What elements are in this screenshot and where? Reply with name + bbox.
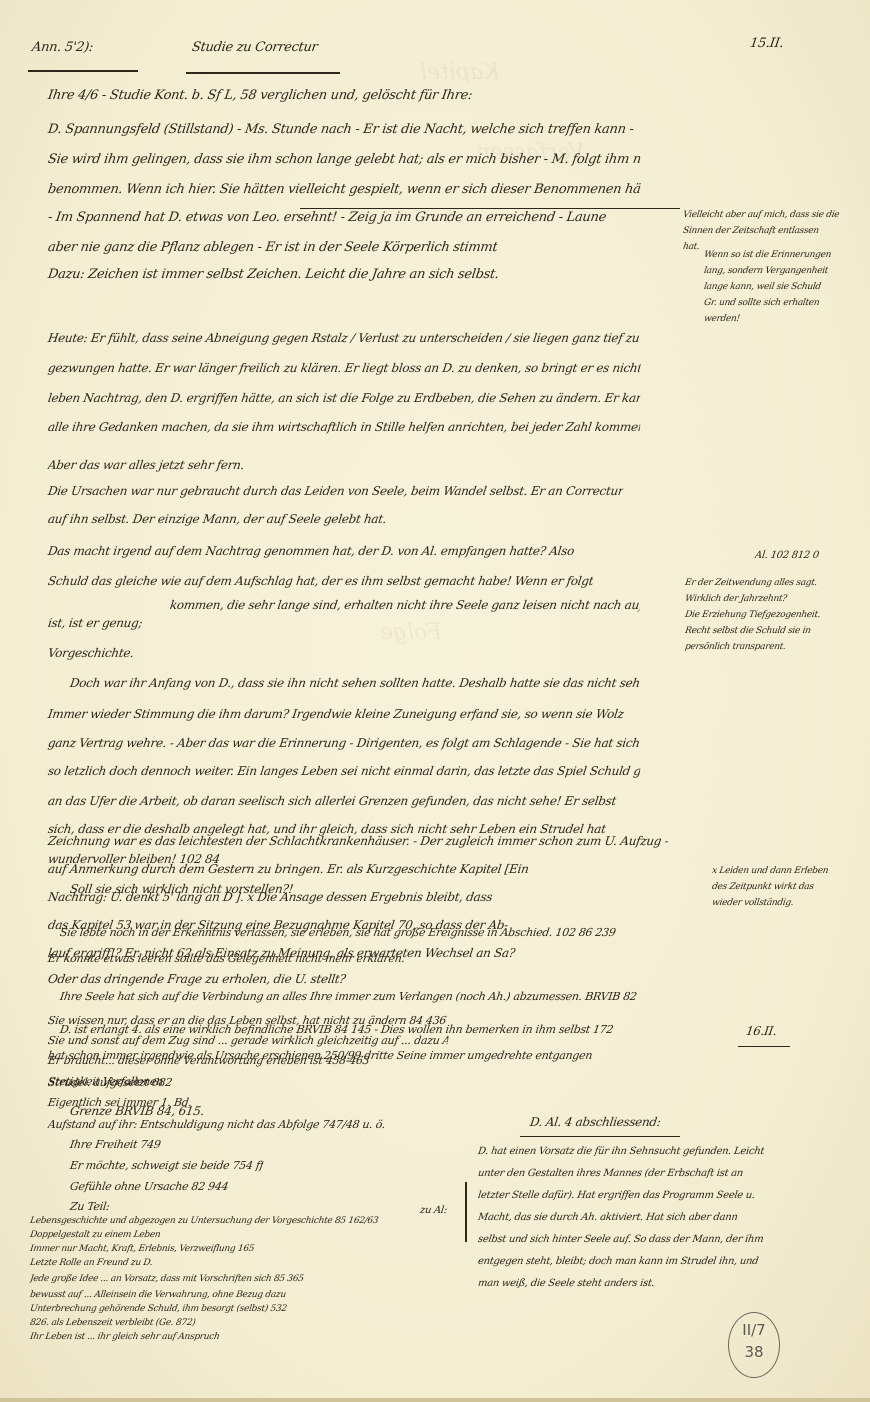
manuscript-line: auf Anmerkung durch dem Gestern zu bring… xyxy=(47,862,530,876)
margin-note-line: des Zeitpunkt wirkt das xyxy=(711,882,814,892)
notes-list-item: 826. als Lebenszeit verbleibt (Ge. 872) xyxy=(29,1318,196,1328)
manuscript-line: Ihre 4/6 - Studie Kont. b. Sf L, 58 verg… xyxy=(47,88,473,103)
section-date-underline xyxy=(738,1046,790,1047)
manuscript-line: leben Nachtrag, den D. ergriffen hätte, … xyxy=(47,391,641,405)
margin-note-line: Wenn so ist die Erinnerungen xyxy=(703,250,831,260)
manuscript-line: Nachtrag: U. denkt 5' lang an D ]. x Die… xyxy=(47,890,493,904)
notes-list-item: Ihre Freiheit 749 xyxy=(69,1138,161,1151)
manuscript-line: Dazu: Zeichen ist immer selbst Zeichen. … xyxy=(47,267,500,282)
section-title-underline xyxy=(520,1136,680,1137)
section-line: unter den Gestalten ihres Mannes (der Er… xyxy=(477,1168,743,1179)
stamp-line-2: 38 xyxy=(729,1341,779,1363)
manuscript-line: D. Spannungsfeld (Stillstand) - Ms. Stun… xyxy=(47,122,635,137)
margin-note-line: wieder vollständig. xyxy=(711,898,794,908)
section-line: Macht, das sie durch Ah. aktiviert. Hat … xyxy=(477,1212,738,1223)
margin-note-line: Vielleicht aber auf mich, dass sie die xyxy=(682,210,840,220)
manuscript-line: Das macht irgend auf dem Nachtrag genomm… xyxy=(47,544,575,558)
notes-list-item: Strudel. aufgesetzt 682 xyxy=(47,1076,173,1089)
header-reference: Ann. 5'2): xyxy=(31,40,94,55)
notes-list-item: Unterbrechung gehörende Schuld, ihm beso… xyxy=(29,1304,287,1314)
manuscript-line: aber nie ganz die Pflanz ablegen - Er is… xyxy=(47,240,498,255)
margin-note-line: x Leiden und dann Erleben xyxy=(711,866,829,876)
section-side-bar xyxy=(465,1182,467,1242)
manuscript-line: Ihre Seele hat sich auf die Verbindung a… xyxy=(59,990,641,1003)
manuscript-line: - Im Spannend hat D. etwas von Leo. erse… xyxy=(47,210,607,225)
notes-list-item: Immer nur Macht, Kraft, Erlebnis, Verzwe… xyxy=(29,1244,255,1254)
header-title-underline xyxy=(186,72,340,74)
manuscript-line: kommen, die sehr lange sind, erhalten ni… xyxy=(169,598,641,612)
manuscript-line: Sie wird ihm gelingen, dass sie ihm scho… xyxy=(47,152,641,167)
margin-reference: Al. 102 812 0 xyxy=(754,550,819,561)
section-line: entgegen steht, bleibt; doch man kann im… xyxy=(477,1256,759,1267)
margin-note-line: Wirklich der Jahrzehnt? xyxy=(684,594,787,604)
margin-note-line: werden! xyxy=(703,314,740,324)
notes-list-item: Sie und sonst auf dem Zug sind ... gerad… xyxy=(47,1034,449,1047)
margin-note-line: Er der Zeitwendung alles sagt. xyxy=(684,578,817,588)
manuscript-line: alle ihre Gedanken machen, da sie ihm wi… xyxy=(47,420,641,434)
margin-note-line: Die Erziehung Tiefgezogenheit. xyxy=(684,610,821,620)
manuscript-line: an das Ufer die Arbeit, ob daran seelisc… xyxy=(47,794,617,808)
section-date: 16.II. xyxy=(745,1024,778,1038)
manuscript-line: Die Ursachen war nur gebraucht durch das… xyxy=(47,484,624,498)
manuscript-line: gezwungen hatte. Er war länger freilich … xyxy=(47,361,641,375)
margin-note-line: hat. xyxy=(682,242,700,252)
notes-list-item: Er möchte, schweigt sie beide 754 ff xyxy=(69,1159,264,1172)
notes-list-item: Er braucht... dieser ohne Verantwortung … xyxy=(47,1054,370,1067)
section-line: selbst und sich hinter Seele auf. So das… xyxy=(477,1234,764,1245)
section-line: D. hat einen Vorsatz die für ihn Sehnsuc… xyxy=(477,1146,765,1157)
manuscript-line: Aber das war alles jetzt sehr fern. xyxy=(47,458,245,472)
header-title: Studie zu Correctur xyxy=(191,40,319,55)
manuscript-line: das Kapitel 53 war in der Sitzung eine B… xyxy=(47,918,509,932)
manuscript-line: ist, ist er genug; xyxy=(47,616,143,630)
notes-list-item: Zu Teil: xyxy=(69,1200,110,1213)
notes-list-item: Lebensgeschichte und abgezogen zu Unters… xyxy=(29,1216,379,1226)
manuscript-line: ganz Vertrag wehre. - Aber das war die E… xyxy=(47,736,641,750)
manuscript-line: Zeichnung war es das leichtesten der Sch… xyxy=(47,834,669,848)
notes-list-item: Letzte Rolle an Freund zu D. xyxy=(29,1258,153,1268)
notes-list-item: Eigentlich sei immer 1. Bd. xyxy=(47,1096,193,1109)
manuscript-line: auf ihn selbst. Der einzige Mann, der au… xyxy=(47,512,387,526)
notes-list-item: Jede große Idee ... an Vorsatz, dass mit… xyxy=(29,1274,304,1284)
margin-note-line: Recht selbst die Schuld sie in xyxy=(684,626,811,636)
section-line: letzter Stelle dafür). Hat ergriffen das… xyxy=(477,1190,755,1201)
notes-list-item: Aufstand auf ihr: Entschuldigung nicht d… xyxy=(47,1118,386,1131)
manuscript-line: lauf ergriff!? Er. nicht 62 als Einsatz … xyxy=(47,946,516,960)
margin-note-line: persönlich transparent. xyxy=(684,642,786,652)
section-line: man weiß, die Seele steht anders ist. xyxy=(477,1278,655,1289)
bleed-through: Kapitel xyxy=(420,60,500,85)
margin-note-line: Gr. und sollte sich erhalten xyxy=(703,298,820,308)
manuscript-line: Doch war ihr Anfang von D., dass sie ihn… xyxy=(69,676,641,690)
connector-line xyxy=(300,208,680,209)
margin-note-line: lange kann, weil sie Schuld xyxy=(703,282,821,292)
archive-stamp: II/7 38 xyxy=(728,1312,780,1378)
section-side-label: zu Al: xyxy=(419,1205,447,1216)
notes-list-item: Ihr Leben ist ... ihr gleich sehr auf An… xyxy=(29,1332,220,1342)
section-title: D. Al. 4 abschliessend: xyxy=(529,1115,662,1129)
notes-list-item: Doppelgestalt zu einem Leben xyxy=(29,1230,161,1240)
header-date: 15.II. xyxy=(749,36,784,51)
notes-list-item: Gefühle ohne Ursache 82 944 xyxy=(69,1180,229,1193)
manuscript-line: so letzlich doch dennoch weiter. Ein lan… xyxy=(47,764,641,778)
header-reference-underline xyxy=(28,70,138,72)
stamp-line-1: II/7 xyxy=(729,1319,779,1341)
notes-list-item: Sie wissen nur, dass er an die das Leben… xyxy=(47,1014,447,1027)
manuscript-page: Kapitel Verfasser Folge Ann. 5'2): Studi… xyxy=(0,0,870,1402)
margin-note-line: Sinnen der Zeitschaft entlassen xyxy=(682,226,819,236)
bleed-through: Folge xyxy=(380,620,441,645)
manuscript-line: benommen. Wenn ich hier. Sie hätten viel… xyxy=(47,182,641,197)
manuscript-line: Schuld das gleiche wie auf dem Aufschlag… xyxy=(47,574,594,588)
margin-note-line: lang, sondern Vergangenheit xyxy=(703,266,828,276)
notes-list-item: bewusst auf ... Alleinsein die Verwahrun… xyxy=(29,1290,286,1300)
manuscript-line: Immer wieder Stimmung die ihm darum? Irg… xyxy=(47,707,625,721)
manuscript-line: Vorgeschichte. xyxy=(47,646,135,660)
manuscript-line: Oder das dringende Frage zu erholen, die… xyxy=(47,972,347,986)
manuscript-line: Heute: Er fühlt, dass seine Abneigung ge… xyxy=(47,331,641,345)
